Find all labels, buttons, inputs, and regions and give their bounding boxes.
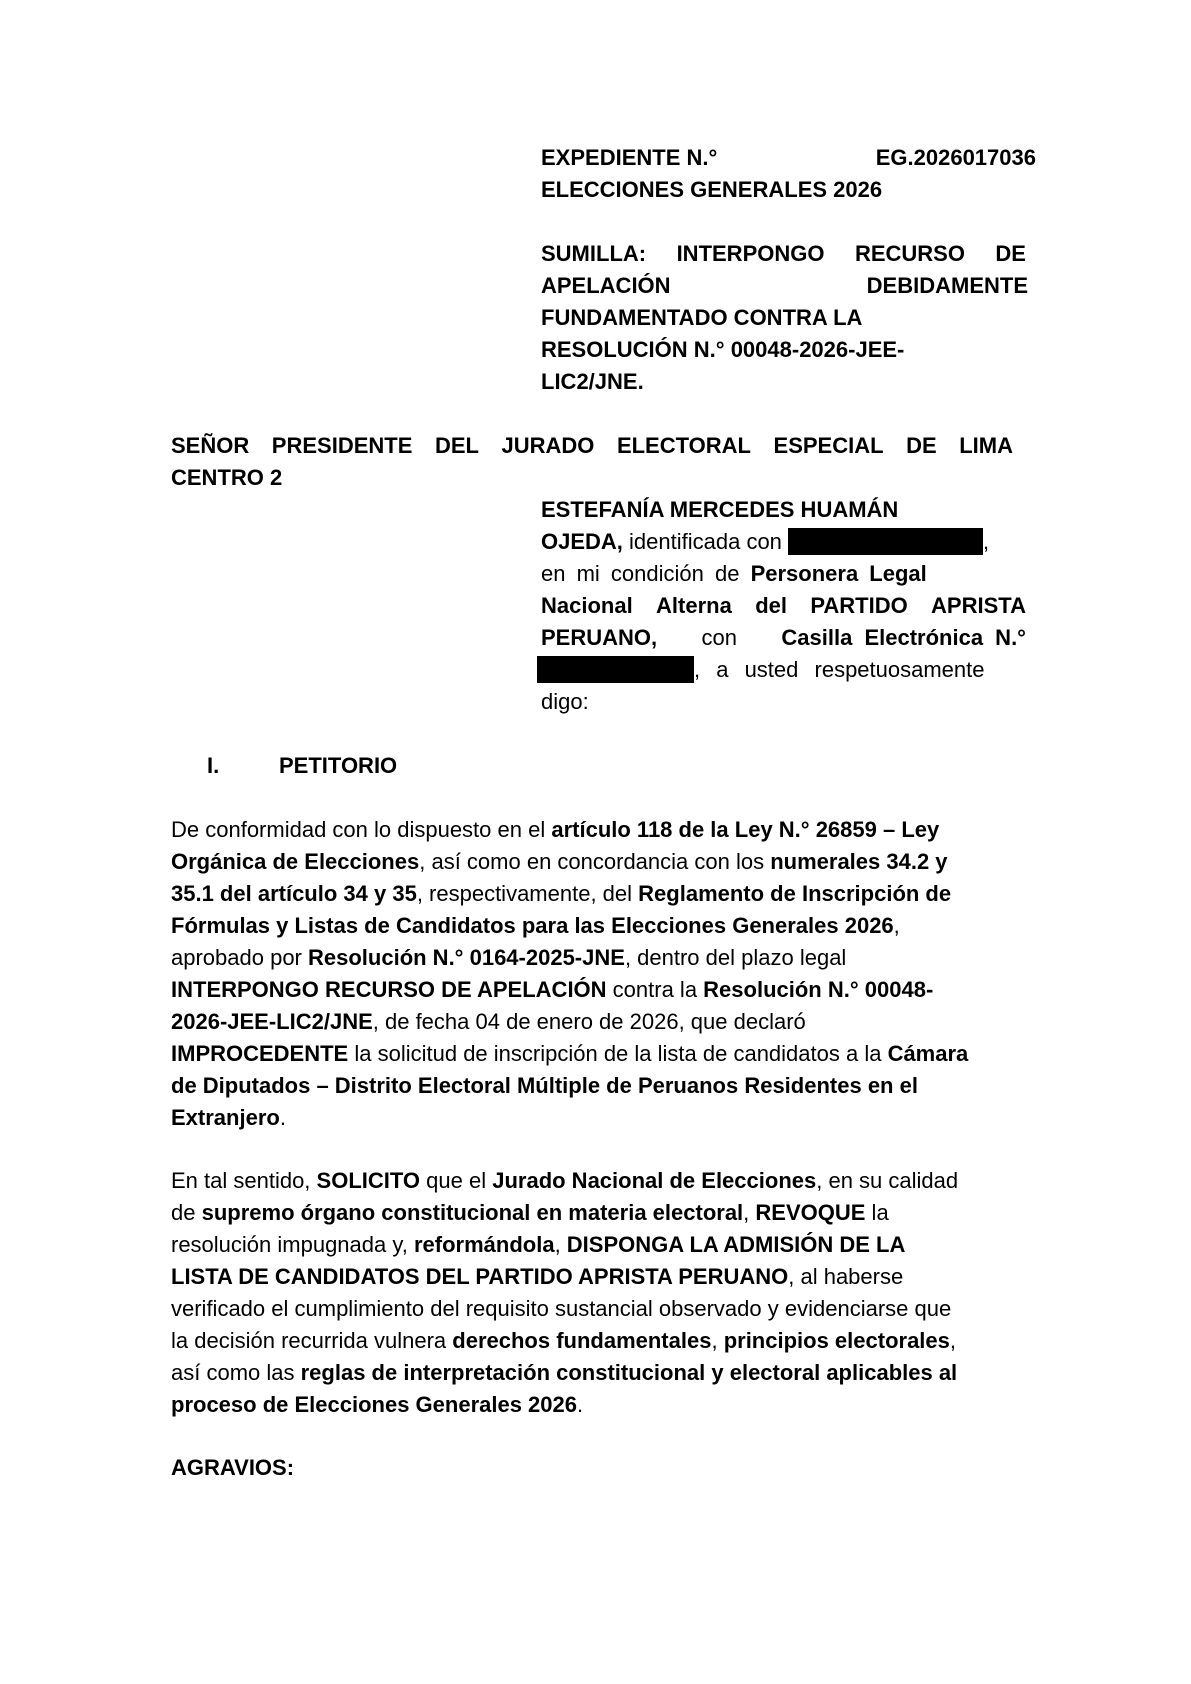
paragraph-line: de Diputados – Distrito Electoral Múltip… <box>171 1070 1045 1102</box>
bold-text: Reglamento de Inscripción de <box>638 881 951 906</box>
bold-text: IMPROCEDENTE <box>171 1041 348 1066</box>
sumilla-line-4: RESOLUCIÓN N.° 00048-2026-JEE- <box>541 334 1026 366</box>
sumilla-line-3: FUNDAMENTADO CONTRA LA <box>541 302 1026 334</box>
addressee-word: ESPECIAL <box>774 430 884 462</box>
case-header: EXPEDIENTE N.° EG.2026017036 ELECCIONES … <box>541 142 1026 206</box>
addressee: SEÑORPRESIDENTEDELJURADOELECTORALESPECIA… <box>171 430 1013 494</box>
bold-text: LISTA DE CANDIDATOS DEL PARTIDO APRISTA … <box>171 1264 788 1289</box>
addressee-line-2: CENTRO 2 <box>171 462 1013 494</box>
document-page: EXPEDIENTE N.° EG.2026017036 ELECCIONES … <box>0 0 1191 1684</box>
petitorio-paragraph-1: De conformidad con lo dispuesto en el ar… <box>171 814 1045 1134</box>
comma: , <box>983 529 989 554</box>
bold-text: Cámara <box>888 1041 969 1066</box>
intro-text: en mi condición de <box>541 561 751 586</box>
paragraph-line: proceso de Elecciones Generales 2026. <box>171 1389 1045 1421</box>
bold-text: Resolución N.° 0164-2025-JNE <box>308 945 625 970</box>
intro-text: , a usted respetuosamente <box>694 657 985 682</box>
sumilla-word: RECURSO <box>855 238 965 270</box>
section-heading: I. PETITORIO <box>207 750 219 782</box>
sumilla-word: SUMILLA: <box>541 238 646 270</box>
bold-text: Jurado Nacional de Elecciones <box>492 1168 816 1193</box>
paragraph-line: 35.1 del artículo 34 y 35, respectivamen… <box>171 878 1045 910</box>
paragraph-line: INTERPONGO RECURSO DE APELACIÓN contra l… <box>171 974 1045 1006</box>
text: aprobado por <box>171 945 308 970</box>
casilla-label: Casilla Electrónica N.° <box>781 622 1026 654</box>
sumilla-word: APELACIÓN <box>541 270 671 302</box>
text: de <box>171 1200 202 1225</box>
petitioner-name: ESTEFANÍA MERCEDES HUAMÁN <box>541 494 1026 526</box>
paragraph-line: de supremo órgano constitucional en mate… <box>171 1197 1045 1229</box>
text: , de fecha 04 de enero de 2026, que decl… <box>373 1009 806 1034</box>
addressee-word: DE <box>906 430 937 462</box>
bold-text: Orgánica de Elecciones <box>171 849 419 874</box>
paragraph-line: Extranjero. <box>171 1102 1045 1134</box>
intro-word: APRISTA <box>931 590 1026 622</box>
paragraph-line: la decisión recurrida vulnera derechos f… <box>171 1325 1045 1357</box>
role-title: Personera Legal <box>751 561 927 586</box>
text: De conformidad con lo dispuesto en el <box>171 817 551 842</box>
paragraph-line: verificado el cumplimiento del requisito… <box>171 1293 1045 1325</box>
intro-text: identificada con <box>623 529 788 554</box>
expediente-label: EXPEDIENTE N.° <box>541 142 717 174</box>
addressee-line-1: SEÑORPRESIDENTEDELJURADOELECTORALESPECIA… <box>171 430 1013 462</box>
intro-word: del <box>755 590 787 622</box>
bold-text: reformándola <box>414 1232 555 1257</box>
bold-text: Resolución N.° 00048- <box>703 977 933 1002</box>
text: , <box>743 1200 755 1225</box>
intro-text: con <box>702 622 737 654</box>
election-process: ELECCIONES GENERALES 2026 <box>541 174 1026 206</box>
sumilla-line-2: APELACIÓNDEBIDAMENTE <box>541 270 1028 302</box>
expediente-number: EG.2026017036 <box>876 142 1036 174</box>
sumilla-word: DE <box>995 238 1026 270</box>
sumilla-word: DEBIDAMENTE <box>867 270 1028 302</box>
addressee-word: ELECTORAL <box>617 430 751 462</box>
bold-text: Extranjero <box>171 1105 280 1130</box>
text: verificado el cumplimiento del requisito… <box>171 1296 951 1321</box>
text: . <box>577 1392 583 1417</box>
intro-word: Nacional <box>541 590 633 622</box>
text: En tal sentido, <box>171 1168 317 1193</box>
text: , <box>950 1328 956 1353</box>
bold-text: reglas de interpretación constitucional … <box>301 1360 958 1385</box>
text: la solicitud de inscripción de la lista … <box>348 1041 887 1066</box>
bold-text: 35.1 del artículo 34 y 35 <box>171 881 417 906</box>
paragraph-line: IMPROCEDENTE la solicitud de inscripción… <box>171 1038 1045 1070</box>
text: así como las <box>171 1360 301 1385</box>
petitorio-paragraph-2: En tal sentido, SOLICITO que el Jurado N… <box>171 1165 1045 1421</box>
bold-text: artículo 118 de la Ley N.° 26859 – Ley <box>551 817 939 842</box>
paragraph-line: LISTA DE CANDIDATOS DEL PARTIDO APRISTA … <box>171 1261 1045 1293</box>
text: que el <box>420 1168 492 1193</box>
text: , respectivamente, del <box>417 881 638 906</box>
intro-line-5: PERUANO, con Casilla Electrónica N.° <box>541 622 1026 654</box>
intro-closing: digo: <box>541 686 1026 718</box>
text: la <box>865 1200 888 1225</box>
text: resolución impugnada y, <box>171 1232 414 1257</box>
text: , <box>711 1328 723 1353</box>
bold-text: supremo órgano constitucional en materia… <box>202 1200 744 1225</box>
intro-word: PARTIDO <box>810 590 907 622</box>
bold-text: de Diputados – Distrito Electoral Múltip… <box>171 1073 918 1098</box>
paragraph-line: resolución impugnada y, reformándola, DI… <box>171 1229 1045 1261</box>
text: , al haberse <box>788 1264 903 1289</box>
sumilla-word: INTERPONGO <box>677 238 825 270</box>
text: , <box>894 913 900 938</box>
text: . <box>280 1105 286 1130</box>
agravios-heading: AGRAVIOS: <box>171 1452 294 1484</box>
text: , en su calidad <box>816 1168 958 1193</box>
bold-text: INTERPONGO RECURSO DE APELACIÓN <box>171 977 607 1002</box>
addressee-word: LIMA <box>959 430 1013 462</box>
intro-line-4: NacionalAlternadelPARTIDOAPRISTA <box>541 590 1026 622</box>
party-suffix: PERUANO, <box>541 622 657 654</box>
text: la decisión recurrida vulnera <box>171 1328 452 1353</box>
redacted-id <box>788 528 983 555</box>
bold-text: derechos fundamentales <box>452 1328 711 1353</box>
paragraph-line: De conformidad con lo dispuesto en el ar… <box>171 814 1045 846</box>
section-number: I. <box>207 753 219 778</box>
paragraph-line: aprobado por Resolución N.° 0164-2025-JN… <box>171 942 1045 974</box>
intro-paragraph: ESTEFANÍA MERCEDES HUAMÁN OJEDA, identif… <box>541 494 1026 718</box>
bold-text: numerales 34.2 y <box>770 849 947 874</box>
intro-word: Alterna <box>656 590 732 622</box>
bold-text: DISPONGA LA ADMISIÓN DE LA <box>567 1232 906 1257</box>
text: , así como en concordancia con los <box>419 849 770 874</box>
bold-text: SOLICITO <box>317 1168 421 1193</box>
addressee-word: DEL <box>435 430 479 462</box>
addressee-word: JURADO <box>501 430 594 462</box>
paragraph-line: así como las reglas de interpretación co… <box>171 1357 1045 1389</box>
paragraph-line: 2026-JEE-LIC2/JNE, de fecha 04 de enero … <box>171 1006 1045 1038</box>
bold-text: proceso de Elecciones Generales 2026 <box>171 1392 577 1417</box>
paragraph-line: Orgánica de Elecciones, así como en conc… <box>171 846 1045 878</box>
redacted-casilla <box>537 656 694 683</box>
sumilla-line-1: SUMILLA:INTERPONGORECURSODE <box>541 238 1026 270</box>
text: , <box>555 1232 567 1257</box>
section-title: PETITORIO <box>279 750 397 782</box>
paragraph-line: Fórmulas y Listas de Candidatos para las… <box>171 910 1045 942</box>
petitioner-surname: OJEDA, <box>541 529 623 554</box>
bold-text: REVOQUE <box>755 1200 865 1225</box>
bold-text: Fórmulas y Listas de Candidatos para las… <box>171 913 894 938</box>
bold-text: 2026-JEE-LIC2/JNE <box>171 1009 373 1034</box>
addressee-word: SEÑOR <box>171 430 249 462</box>
text: , dentro del plazo legal <box>625 945 846 970</box>
addressee-word: PRESIDENTE <box>272 430 413 462</box>
bold-text: principios electorales <box>724 1328 950 1353</box>
paragraph-line: En tal sentido, SOLICITO que el Jurado N… <box>171 1165 1045 1197</box>
sumilla: SUMILLA:INTERPONGORECURSODE APELACIÓNDEB… <box>541 238 1026 398</box>
sumilla-line-5: LIC2/JNE. <box>541 366 1026 398</box>
text: contra la <box>607 977 704 1002</box>
